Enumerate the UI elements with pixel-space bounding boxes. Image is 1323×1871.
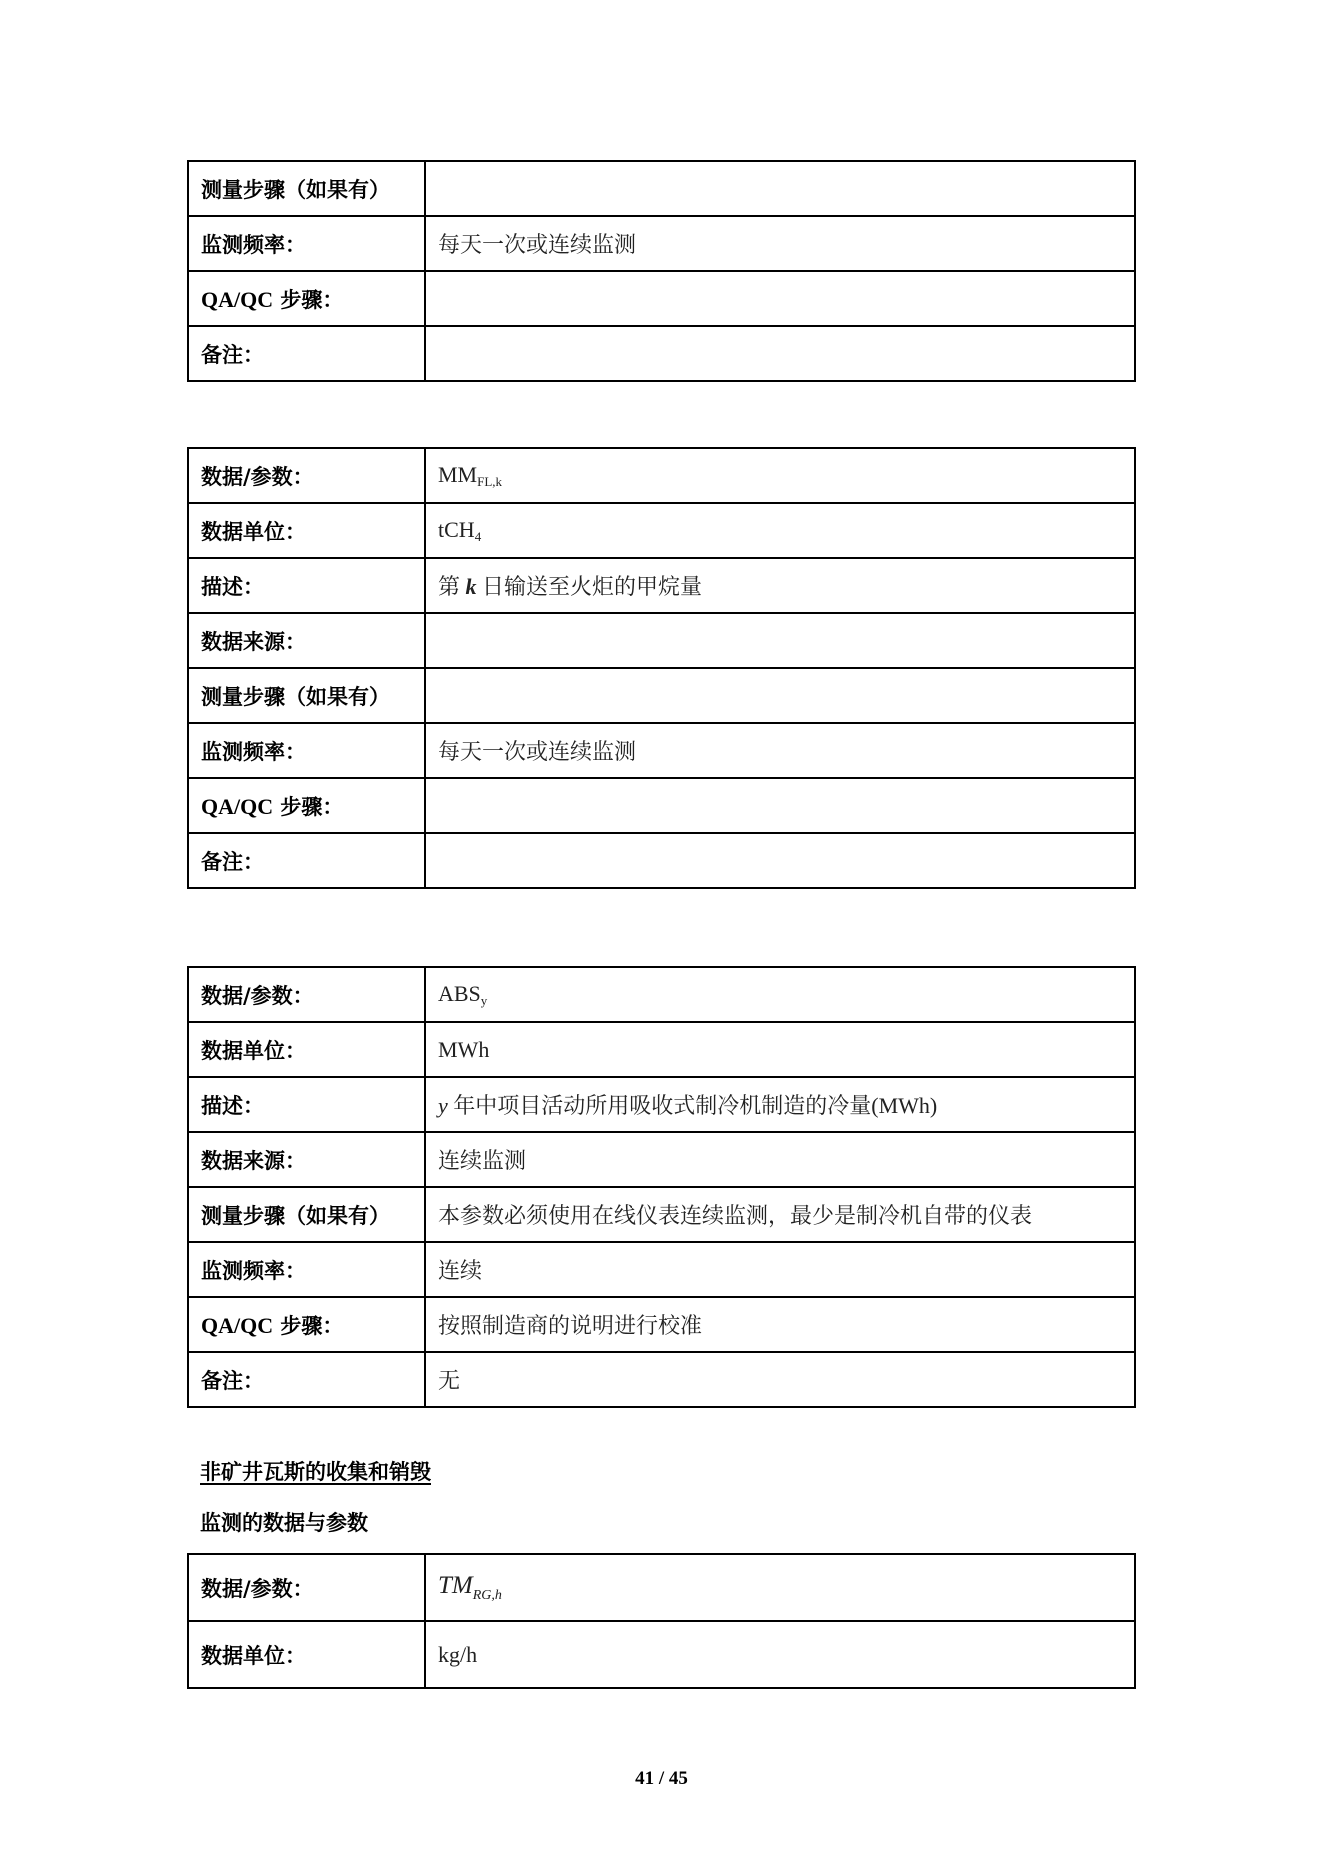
description-post: 日输送至火炬的甲烷量	[477, 574, 703, 599]
table-row: 监测频率： 每天一次或连续监测	[188, 216, 1135, 271]
unit-main: tCH	[438, 517, 475, 542]
table-row: 数据/参数： ABSy	[188, 967, 1135, 1022]
row-label-remarks: 备注：	[188, 326, 425, 381]
row-label-description: 描述：	[188, 558, 425, 613]
row-value-monitoring-frequency: 每天一次或连续监测	[425, 723, 1135, 778]
table-row: 数据单位： MWh	[188, 1022, 1135, 1077]
qaqc-prefix: QA/QC	[201, 1313, 273, 1338]
row-label-qaqc: QA/QC 步骤：	[188, 778, 425, 833]
row-label-parameter: 数据/参数：	[188, 1554, 425, 1621]
row-value-qaqc	[425, 271, 1135, 326]
row-label-measurement-procedure: 测量步骤（如果有）	[188, 668, 425, 723]
table-row: 数据/参数： TMRG,h	[188, 1554, 1135, 1621]
page-number: 41 / 45	[0, 1768, 1323, 1790]
parameter-symbol: TM	[438, 1572, 473, 1599]
table-row: 数据/参数： MMFL,k	[188, 448, 1135, 503]
table-row: 描述： 第 k 日输送至火炬的甲烷量	[188, 558, 1135, 613]
table-row: 数据来源：	[188, 613, 1135, 668]
row-label-measurement-procedure: 测量步骤（如果有）	[188, 161, 425, 216]
row-label-unit: 数据单位：	[188, 503, 425, 558]
row-value-unit: tCH4	[425, 503, 1135, 558]
table-row: 测量步骤（如果有）	[188, 161, 1135, 216]
row-label-qaqc: QA/QC 步骤：	[188, 271, 425, 326]
row-value-qaqc: 按照制造商的说明进行校准	[425, 1297, 1135, 1352]
row-value-unit: MWh	[425, 1022, 1135, 1077]
row-value-measurement-procedure: 本参数必须使用在线仪表连续监测，最少是制冷机自带的仪表	[425, 1187, 1135, 1242]
row-value-data-source	[425, 613, 1135, 668]
table-row: 数据单位： kg/h	[188, 1621, 1135, 1688]
row-value-parameter: ABSy	[425, 967, 1135, 1022]
row-label-remarks: 备注：	[188, 1352, 425, 1407]
parameter-table-mm-fl-k: 数据/参数： MMFL,k 数据单位： tCH4 描述： 第 k 日输送至火炬的…	[187, 447, 1136, 889]
row-label-data-source: 数据来源：	[188, 613, 425, 668]
row-label-data-source: 数据来源：	[188, 1132, 425, 1187]
row-label-parameter: 数据/参数：	[188, 448, 425, 503]
row-label-unit: 数据单位：	[188, 1022, 425, 1077]
parameter-symbol: MM	[438, 462, 477, 487]
row-label-parameter: 数据/参数：	[188, 967, 425, 1022]
row-value-description: y 年中项目活动所用吸收式制冷机制造的冷量(MWh)	[425, 1077, 1135, 1132]
table-row: QA/QC 步骤：	[188, 271, 1135, 326]
parameter-symbol: ABS	[438, 981, 481, 1006]
row-label-monitoring-frequency: 监测频率：	[188, 1242, 425, 1297]
table-row: 备注：	[188, 833, 1135, 888]
parameter-subscript: FL,k	[477, 474, 502, 489]
table-row: 备注：	[188, 326, 1135, 381]
parameter-table-tm-rg-h: 数据/参数： TMRG,h 数据单位： kg/h	[187, 1553, 1136, 1689]
row-value-parameter: MMFL,k	[425, 448, 1135, 503]
unit-subscript: 4	[475, 529, 482, 544]
description-post: 年中项目活动所用吸收式制冷机制造的冷量(MWh)	[448, 1093, 937, 1118]
row-value-monitoring-frequency: 连续	[425, 1242, 1135, 1297]
row-value-monitoring-frequency: 每天一次或连续监测	[425, 216, 1135, 271]
qaqc-suffix: 步骤：	[273, 288, 343, 312]
table-row: QA/QC 步骤：	[188, 778, 1135, 833]
table-row: 备注： 无	[188, 1352, 1135, 1407]
section-title: 非矿井瓦斯的收集和销毁	[200, 1456, 431, 1486]
row-value-remarks	[425, 833, 1135, 888]
document-page: 测量步骤（如果有） 监测频率： 每天一次或连续监测 QA/QC 步骤： 备注： …	[0, 0, 1323, 1871]
row-value-measurement-procedure	[425, 668, 1135, 723]
subsection-title: 监测的数据与参数	[200, 1507, 368, 1537]
row-value-qaqc	[425, 778, 1135, 833]
parameter-subscript: RG,h	[473, 1588, 502, 1603]
description-variable: k	[466, 574, 477, 599]
row-value-measurement-procedure	[425, 161, 1135, 216]
parameter-table-continued: 测量步骤（如果有） 监测频率： 每天一次或连续监测 QA/QC 步骤： 备注：	[187, 160, 1136, 382]
table-row: 数据单位： tCH4	[188, 503, 1135, 558]
row-label-description: 描述：	[188, 1077, 425, 1132]
row-value-remarks: 无	[425, 1352, 1135, 1407]
table-row: 监测频率： 每天一次或连续监测	[188, 723, 1135, 778]
table-row: 测量步骤（如果有） 本参数必须使用在线仪表连续监测，最少是制冷机自带的仪表	[188, 1187, 1135, 1242]
row-label-qaqc: QA/QC 步骤：	[188, 1297, 425, 1352]
table-row: 监测频率： 连续	[188, 1242, 1135, 1297]
row-label-measurement-procedure: 测量步骤（如果有）	[188, 1187, 425, 1242]
row-value-remarks	[425, 326, 1135, 381]
table-row: 数据来源： 连续监测	[188, 1132, 1135, 1187]
qaqc-prefix: QA/QC	[201, 794, 273, 819]
description-pre: 第	[438, 574, 466, 599]
qaqc-suffix: 步骤：	[273, 1314, 343, 1338]
row-label-monitoring-frequency: 监测频率：	[188, 723, 425, 778]
row-label-monitoring-frequency: 监测频率：	[188, 216, 425, 271]
row-label-remarks: 备注：	[188, 833, 425, 888]
table-row: 描述： y 年中项目活动所用吸收式制冷机制造的冷量(MWh)	[188, 1077, 1135, 1132]
qaqc-prefix: QA/QC	[201, 287, 273, 312]
parameter-subscript: y	[481, 993, 488, 1008]
parameter-table-abs-y: 数据/参数： ABSy 数据单位： MWh 描述： y 年中项目活动所用吸收式制…	[187, 966, 1136, 1408]
row-value-unit: kg/h	[425, 1621, 1135, 1688]
table-row: 测量步骤（如果有）	[188, 668, 1135, 723]
row-value-description: 第 k 日输送至火炬的甲烷量	[425, 558, 1135, 613]
description-variable: y	[438, 1093, 448, 1118]
row-label-unit: 数据单位：	[188, 1621, 425, 1688]
row-value-parameter: TMRG,h	[425, 1554, 1135, 1621]
qaqc-suffix: 步骤：	[273, 795, 343, 819]
table-row: QA/QC 步骤： 按照制造商的说明进行校准	[188, 1297, 1135, 1352]
row-value-data-source: 连续监测	[425, 1132, 1135, 1187]
